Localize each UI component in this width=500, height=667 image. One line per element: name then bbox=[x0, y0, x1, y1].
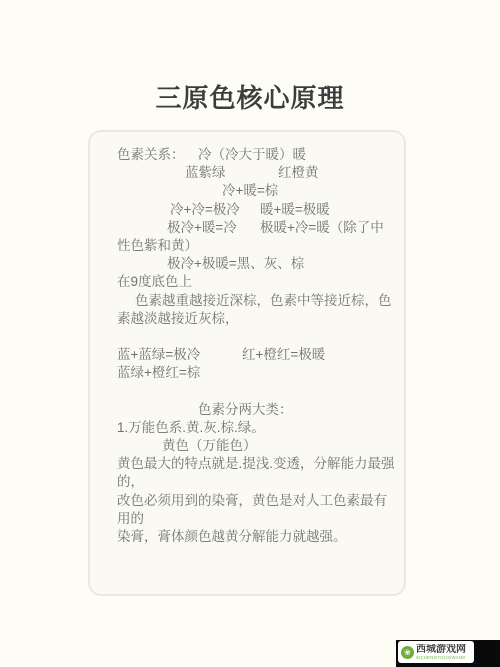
text-line: 极冷+暖=冷极暖+冷=暖（除了中 bbox=[117, 219, 403, 237]
text-line: 黄色最大的特点就是.提浅.变透，分解能力最强 bbox=[117, 455, 403, 473]
watermark-logo-icon: ❀ bbox=[401, 646, 414, 659]
watermark-subtext: XICHENGYOUXIWANG bbox=[416, 655, 463, 660]
text-segment: 极冷+极暖=黑、灰、棕 bbox=[167, 255, 304, 273]
page-title: 三原色核心原理 bbox=[0, 82, 500, 114]
text-line: 黄色（万能色） bbox=[117, 437, 403, 455]
text-segment: 素越淡越接近灰棕， bbox=[117, 310, 239, 328]
text-segment: 蓝紫绿 bbox=[185, 164, 226, 182]
text-segment: 用的 bbox=[117, 510, 144, 528]
text-segment: 蓝绿+橙红=棕 bbox=[117, 364, 200, 382]
text-line: 蓝绿+橙红=棕 bbox=[117, 364, 403, 382]
text-segment: 暖+暖=极暖 bbox=[260, 201, 330, 219]
notes-content: 色素关系：冷（冷大于暖）暖蓝紫绿红橙黄冷+暖=棕冷+冷=极冷暖+暖=极暖极冷+暖… bbox=[117, 146, 403, 546]
text-line: 极冷+极暖=黑、灰、棕 bbox=[117, 255, 403, 273]
text-segment: 色素分两大类： bbox=[198, 401, 293, 419]
text-segment: 色素关系： bbox=[117, 146, 185, 164]
text-segment: 红+橙红=极暖 bbox=[242, 346, 325, 364]
text-segment: 蓝+蓝绿=极冷 bbox=[117, 346, 200, 364]
text-line: 1.万能色系.黄.灰.棕.绿。 bbox=[117, 419, 403, 437]
text-segment: 1.万能色系.黄.灰.棕.绿。 bbox=[117, 419, 265, 437]
text-line: 在9度底色上 bbox=[117, 273, 403, 291]
text-segment: 冷（冷大于暖）暖 bbox=[198, 146, 306, 164]
text-segment: 在9度底色上 bbox=[117, 273, 192, 291]
text-line: 色素越重越接近深棕，色素中等接近棕，色 bbox=[117, 292, 403, 310]
text-line: 素越淡越接近灰棕， bbox=[117, 310, 403, 328]
text-segment: 冷+冷=极冷 bbox=[170, 201, 240, 219]
text-line: 色素关系：冷（冷大于暖）暖 bbox=[117, 146, 403, 164]
notes-card: 色素关系：冷（冷大于暖）暖蓝紫绿红橙黄冷+暖=棕冷+冷=极冷暖+暖=极暖极冷+暖… bbox=[88, 130, 406, 596]
text-line bbox=[117, 382, 403, 400]
text-segment: 性色紫和黄） bbox=[117, 237, 198, 255]
text-line: 蓝紫绿红橙黄 bbox=[117, 164, 403, 182]
text-line: 蓝+蓝绿=极冷红+橙红=极暖 bbox=[117, 346, 403, 364]
watermark: ❀ 西城游戏网 XICHENGYOUXIWANG bbox=[396, 640, 500, 667]
watermark-site-name: 西城游戏网 bbox=[416, 644, 471, 655]
text-segment: 黄色（万能色） bbox=[162, 437, 257, 455]
text-line: 冷+暖=棕 bbox=[117, 182, 403, 200]
text-line: 色素分两大类： bbox=[117, 401, 403, 419]
text-line: 用的 bbox=[117, 510, 403, 528]
text-line: 的， bbox=[117, 473, 403, 491]
text-segment: 冷+暖=棕 bbox=[222, 182, 278, 200]
text-segment: 色素越重越接近深棕，色素中等接近棕，色 bbox=[135, 292, 392, 310]
text-segment: 的， bbox=[117, 473, 144, 491]
text-segment: 改色必须用到的染膏，黄色是对人工色素最有 bbox=[117, 492, 387, 510]
text-line bbox=[117, 328, 403, 346]
text-segment: 红橙黄 bbox=[278, 164, 319, 182]
text-segment: 黄色最大的特点就是.提浅.变透，分解能力最强 bbox=[117, 455, 395, 473]
text-segment: 极冷+暖=冷 bbox=[167, 219, 237, 237]
watermark-texts: 西城游戏网 XICHENGYOUXIWANG bbox=[416, 644, 471, 661]
text-line: 性色紫和黄） bbox=[117, 237, 403, 255]
text-line: 染膏，膏体颜色越黄分解能力就越强。 bbox=[117, 528, 403, 546]
page: 三原色核心原理 色素关系：冷（冷大于暖）暖蓝紫绿红橙黄冷+暖=棕冷+冷=极冷暖+… bbox=[0, 0, 500, 667]
text-line: 冷+冷=极冷暖+暖=极暖 bbox=[117, 201, 403, 219]
text-line: 改色必须用到的染膏，黄色是对人工色素最有 bbox=[117, 492, 403, 510]
text-segment: 染膏，膏体颜色越黄分解能力就越强。 bbox=[117, 528, 347, 546]
text-segment: 极暖+冷=暖（除了中 bbox=[260, 219, 384, 237]
watermark-box: ❀ 西城游戏网 XICHENGYOUXIWANG bbox=[398, 641, 474, 663]
